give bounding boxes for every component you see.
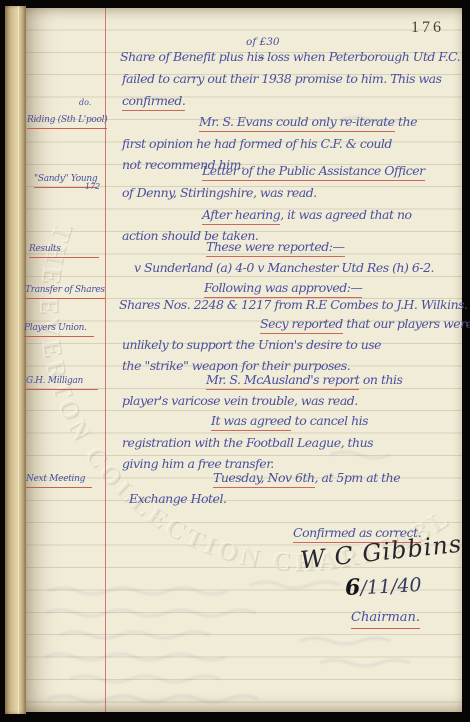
page-number: 176 [411, 19, 444, 37]
minute-line: Shares Nos. 2248 & 1217 from R.E Combes … [119, 297, 468, 313]
minute-line: player's varicose vein trouble, was read… [122, 393, 358, 409]
line-text: to cancel his [291, 413, 368, 429]
margin-note-ditto: do. [79, 99, 91, 107]
line-text-underlined: After hearing [202, 207, 280, 225]
margin-heading-milligan: G.H. Milligan [26, 368, 98, 390]
minute-line: Mr. S. Evans could only re-iterate the [199, 114, 417, 130]
date-day: 6 [344, 574, 361, 601]
minute-line: Share of Benefit plus his loss when Pete… [120, 49, 460, 65]
margin-heading-label: G.H. Milligan [26, 376, 98, 390]
minute-line: Following was approved:— [204, 280, 362, 296]
minute-book-photo: THE EVERTON COLLECTION CHARITABLE TRUST … [0, 0, 470, 722]
line-text: failed to carry out their 1938 promise t… [122, 71, 442, 87]
line-text: first opinion he had formed of his C.F. … [122, 136, 392, 152]
line-text-underlined: It was agreed [211, 413, 291, 431]
margin-heading-label: Next Meeting [26, 474, 92, 488]
minute-line: first opinion he had formed of his C.F. … [122, 136, 392, 152]
line-text-underlined: Tuesday, Nov 6th [213, 470, 315, 488]
minute-line: These were reported:— [206, 239, 345, 255]
margin-heading-label: Transfer of Shares [25, 285, 105, 299]
minute-line: It was agreed to cancel his [211, 413, 368, 429]
margin-heading-label: Results [29, 244, 99, 258]
line-text: unlikely to support the Union's desire t… [122, 337, 381, 353]
line-text: registration with the Football League, t… [122, 435, 373, 451]
minute-line: Exchange Hotel. [129, 491, 226, 507]
minute-line: of Denny, Stirlingshire, was read. [122, 185, 317, 201]
minute-line: Secy reported that our players were [260, 316, 470, 332]
minute-line: registration with the Football League, t… [122, 435, 373, 451]
margin-heading-results: Results [29, 236, 99, 258]
signature-date: 6/11/40 [344, 573, 422, 599]
line-text-underlined: Secy reported [260, 316, 343, 334]
line-text: of Denny, Stirlingshire, was read. [122, 185, 317, 201]
margin-heading-label: Riding (Sth L'pool) [27, 115, 107, 129]
chairman-label: Chairman. [351, 610, 420, 629]
line-text-underlined: confirmed. [122, 93, 185, 111]
minute-line: unlikely to support the Union's desire t… [122, 337, 381, 353]
margin-heading-transfer-of-shares: Transfer of Shares [25, 277, 105, 299]
margin-heading-label: Players Union. [24, 323, 94, 337]
date-rest: /11/40 [360, 574, 422, 599]
interlinear-insertion: of £30 [246, 37, 280, 48]
line-text: Exchange Hotel. [129, 491, 226, 507]
margin-heading-riding: Riding (Sth L'pool) [27, 107, 107, 129]
margin-heading-players-union: Players Union. [24, 315, 94, 337]
line-text-underlined: Letter of the Public Assistance Officer [202, 163, 425, 181]
minute-line: Mr. S. McAusland's report on this [206, 372, 402, 388]
minute-line: Tuesday, Nov 6th, at 5pm at the [213, 470, 400, 486]
line-text: that our players were [343, 316, 470, 332]
margin-heading-next-meeting: Next Meeting [26, 466, 92, 488]
line-text: , it was agreed that no [280, 207, 411, 223]
line-text-underlined: Mr. S. Evans could only re-iterate [199, 114, 395, 132]
line-text: on this [359, 372, 402, 388]
line-text: v Sunderland (a) 4-0 v Manchester Utd Re… [134, 260, 434, 276]
line-text: , at 5pm at the [315, 470, 401, 486]
line-text: Shares Nos. 2248 & 1217 from R.E Combes … [119, 297, 468, 313]
page-content: 176 of £30 ^ Share of Benefit plus his l… [0, 0, 470, 722]
line-text-underlined: Following was approved:— [204, 280, 362, 298]
minute-line: Letter of the Public Assistance Officer [202, 163, 425, 179]
minute-line-results: v Sunderland (a) 4-0 v Manchester Utd Re… [134, 260, 434, 276]
margin-note-page-ref: 172 [85, 183, 100, 191]
minute-line: failed to carry out their 1938 promise t… [122, 71, 442, 87]
minute-line: confirmed. [122, 93, 185, 109]
minute-line: After hearing, it was agreed that no [202, 207, 412, 223]
line-text: player's varicose vein trouble, was read… [122, 393, 358, 409]
line-text-underlined: These were reported:— [206, 239, 345, 257]
line-text: Share of Benefit plus his loss when Pete… [120, 49, 460, 65]
line-text-underlined: Mr. S. McAusland's report [206, 372, 359, 390]
line-text: the [395, 114, 417, 130]
